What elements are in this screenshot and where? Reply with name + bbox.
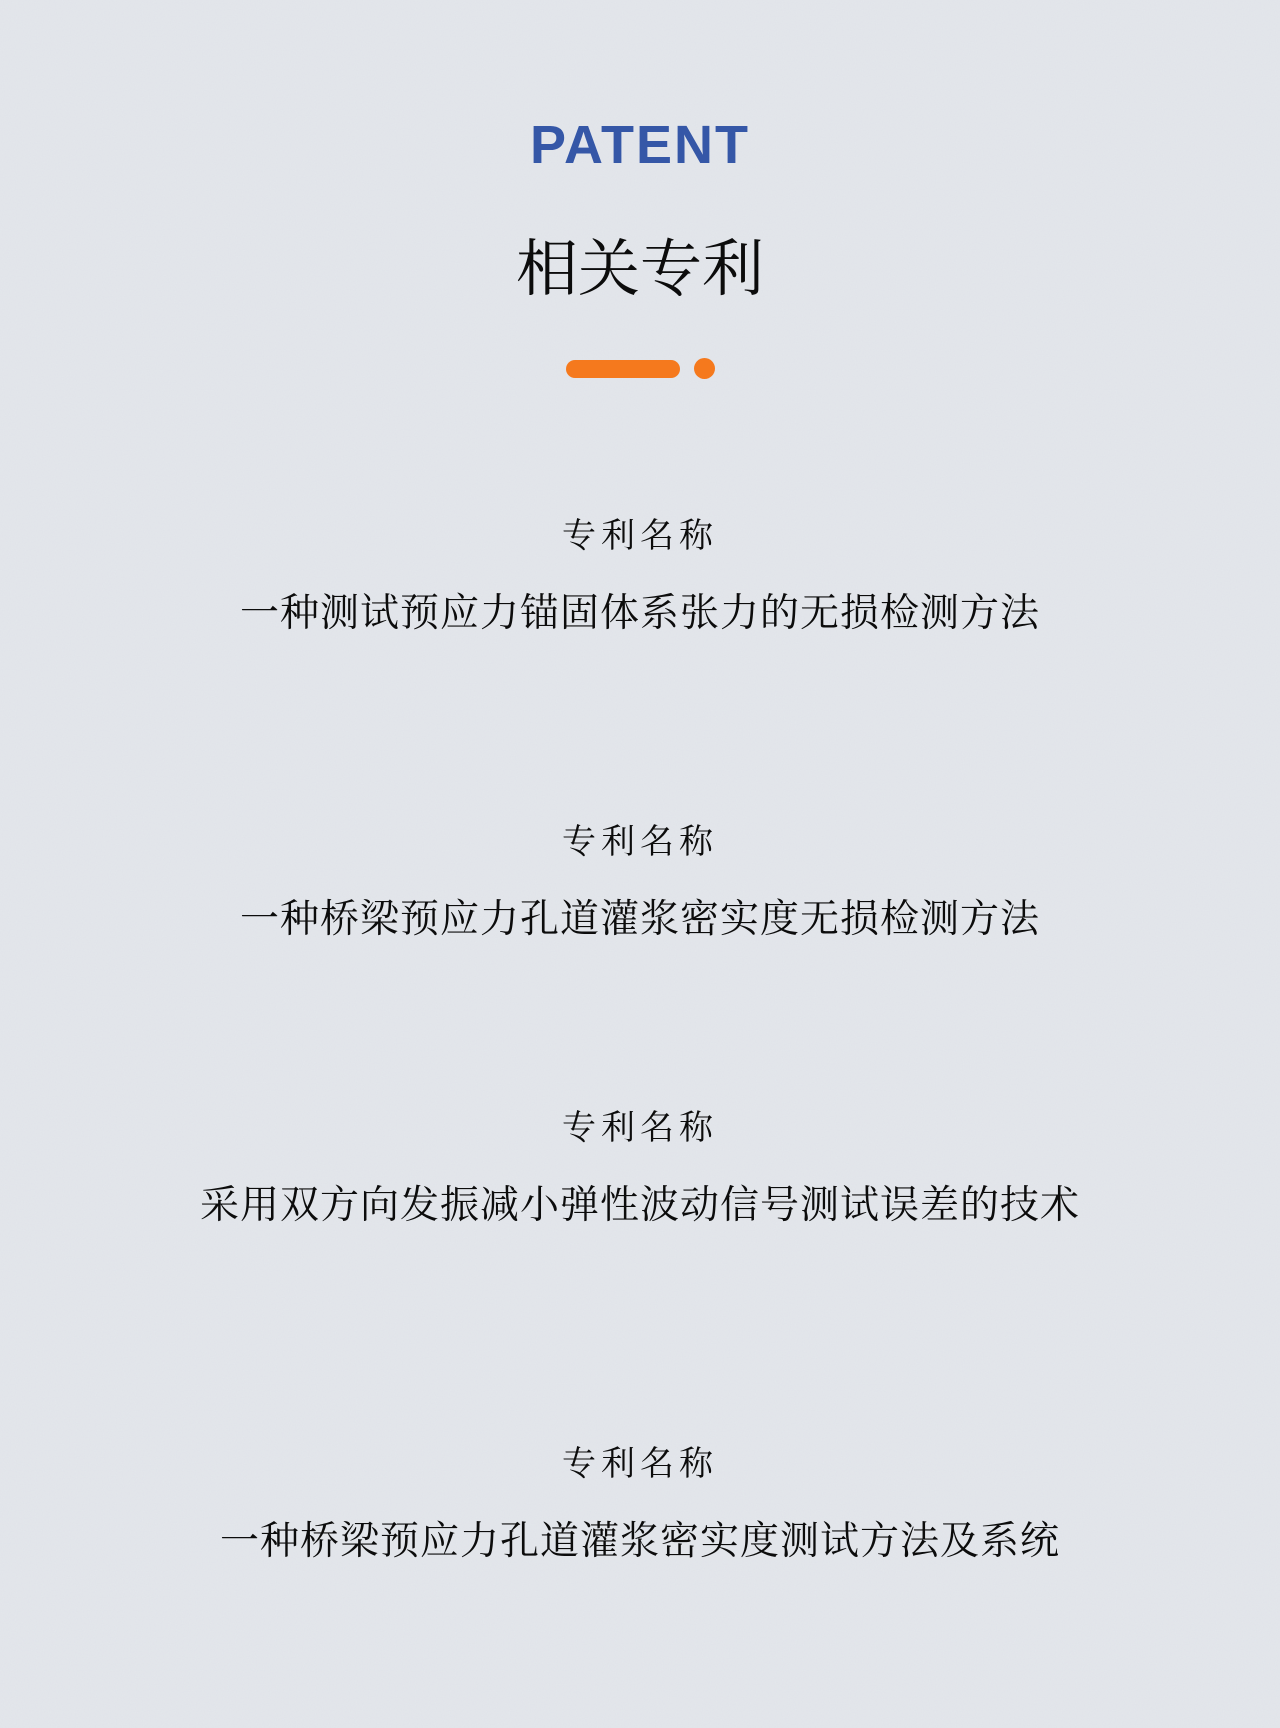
patent-entry-3: 专利名称 采用双方向发振减小弹性波动信号测试误差的技术 bbox=[0, 1106, 1280, 1230]
patent-entry-4: 专利名称 一种桥梁预应力孔道灌浆密实度测试方法及系统 bbox=[0, 1442, 1280, 1566]
patent-entry-2: 专利名称 一种桥梁预应力孔道灌浆密实度无损检测方法 bbox=[0, 820, 1280, 944]
patent-name: 一种桥梁预应力孔道灌浆密实度无损检测方法 bbox=[0, 896, 1280, 944]
divider-bar-shape bbox=[566, 360, 680, 378]
patent-entry-1: 专利名称 一种测试预应力锚固体系张力的无损检测方法 bbox=[0, 514, 1280, 638]
divider-dot-shape bbox=[694, 358, 715, 379]
patent-name: 一种测试预应力锚固体系张力的无损检测方法 bbox=[0, 590, 1280, 638]
patent-name: 采用双方向发振减小弹性波动信号测试误差的技术 bbox=[0, 1182, 1280, 1230]
page-title: 相关专利 bbox=[0, 234, 1280, 306]
patent-label: 专利名称 bbox=[0, 820, 1280, 864]
patent-label: 专利名称 bbox=[0, 1442, 1280, 1486]
title-divider bbox=[0, 358, 1280, 378]
patent-label: 专利名称 bbox=[0, 1106, 1280, 1150]
patent-poster-page: PATENT 相关专利 专利名称 一种测试预应力锚固体系张力的无损检测方法 专利… bbox=[0, 0, 1280, 1728]
eyebrow-title: PATENT bbox=[0, 116, 1280, 174]
patent-label: 专利名称 bbox=[0, 514, 1280, 558]
patent-name: 一种桥梁预应力孔道灌浆密实度测试方法及系统 bbox=[0, 1518, 1280, 1566]
